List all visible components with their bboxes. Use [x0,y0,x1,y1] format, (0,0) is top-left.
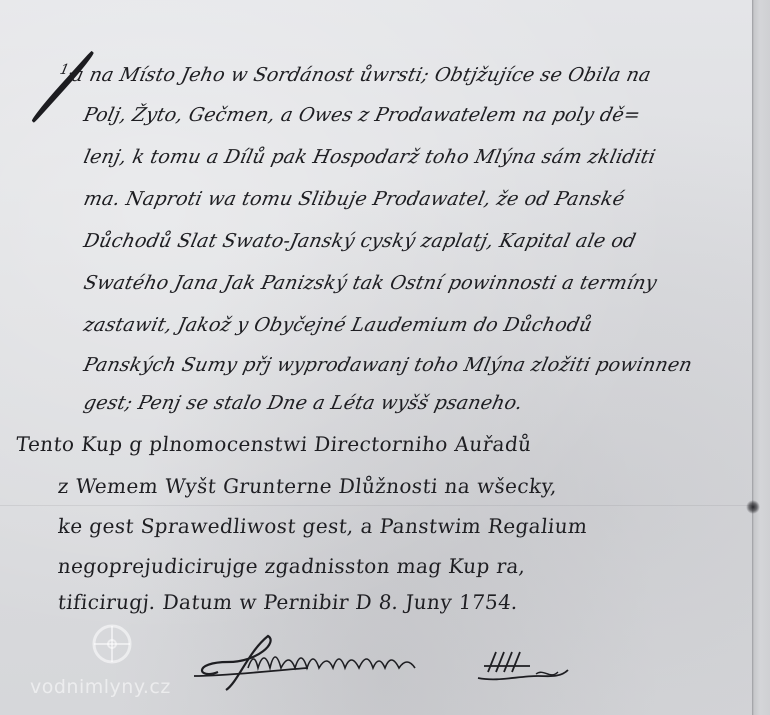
text-line: lenj, k tomu a Dílů pak Hospodarž toho M… [82,146,658,168]
watermark-text: vodnimlyny.cz [30,676,171,698]
text-line: tificirugj. Datum w Pernibir D 8. Juny 1… [57,590,520,614]
text-line: a na Místo Jeho w Sordánost ůwrsti; Obtj… [70,64,653,86]
text-line: Swatého Jana Jak Panizský tak Ostní powi… [82,272,659,294]
text-line: Polj, Žyto, Gečmen, a Owes z Prodawatele… [82,104,643,126]
text-line: z Wemem Wyšt Grunterne Dlůžnosti na wšec… [57,474,559,498]
page-edge [752,0,770,715]
waterwheel-icon [90,622,134,666]
fold-line [0,505,770,506]
text-line: gest; Penj se stalo Dne a Léta wyšš psan… [82,392,525,414]
text-line: ke gest Sprawedliwost gest, a Panstwim R… [57,514,589,538]
watermark: vodnimlyny.cz [28,622,218,702]
text-line: Tento Kup g plnomocenstwi Directorniho A… [15,432,533,456]
document-page: 1. a na Místo Jeho w Sordánost ůwrsti; O… [0,0,770,715]
signature [188,632,608,692]
text-line: Důchodů Slat Swato-Janský cyský zaplatj,… [82,230,638,252]
ink-blot [746,500,760,514]
text-line: zastawit, Jakož y Obyčejné Laudemium do … [82,314,594,336]
text-line: Panských Sumy přj wyprodawanj toho Mlýna… [82,354,695,376]
text-line: negoprejudicirujge zgadnisston mag Kup r… [57,554,527,578]
text-line: ma. Naproti wa tomu Slibuje Prodawatel, … [82,188,627,210]
